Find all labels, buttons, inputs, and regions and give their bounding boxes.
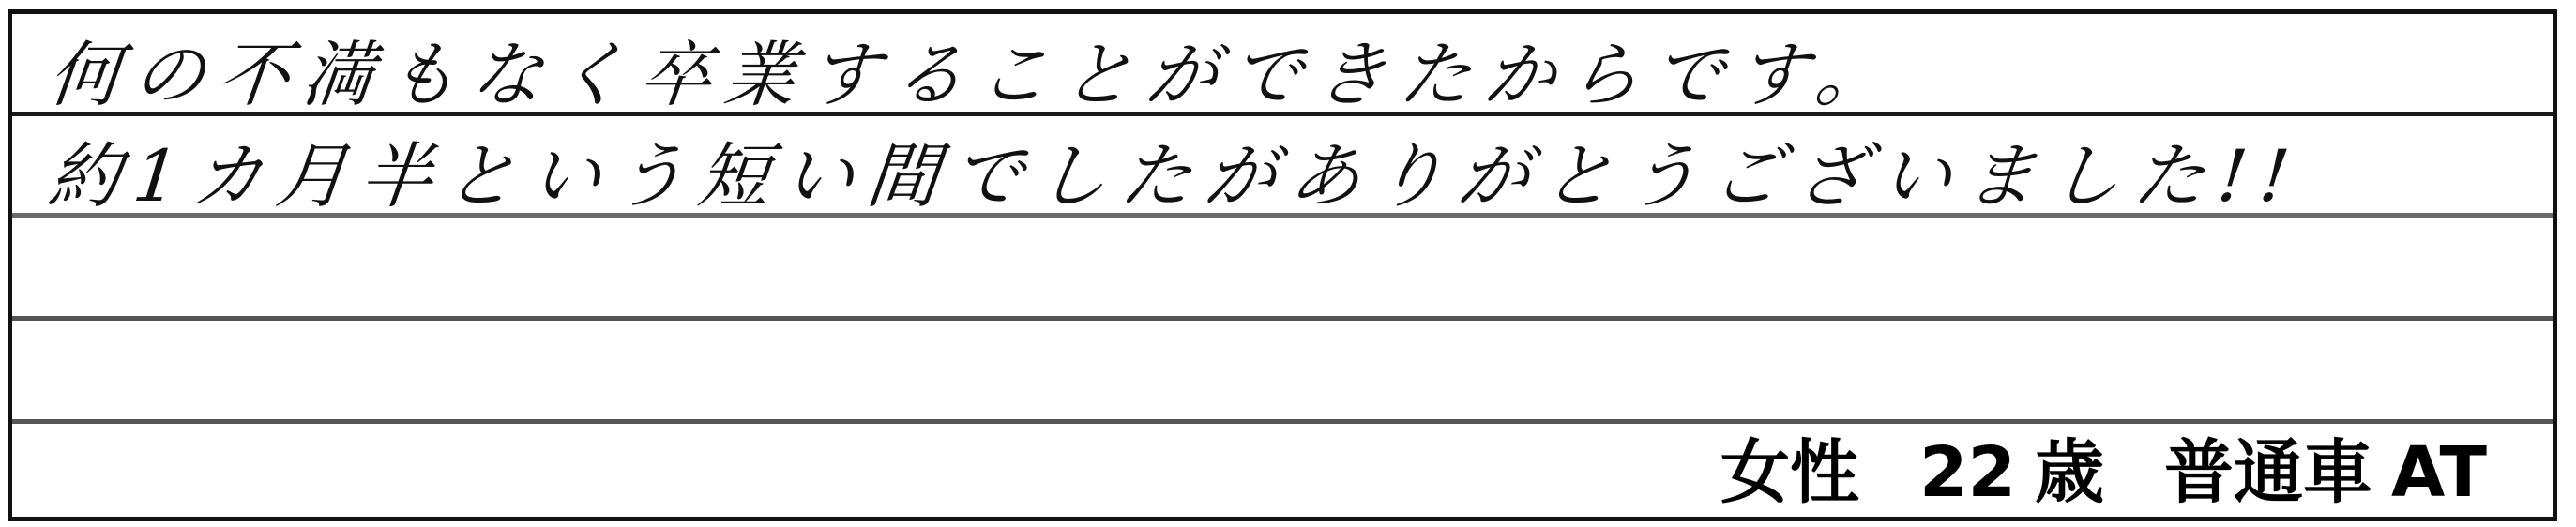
age-unit: 歳 xyxy=(2035,429,2104,517)
ruled-line xyxy=(12,316,2553,321)
customer-info: 女性22歳普通車AT xyxy=(1720,429,2487,517)
handwritten-line-2: 約1カ月半という短い間でしたがありがとうございました!! xyxy=(44,119,2308,221)
ruled-line xyxy=(12,419,2553,424)
handwritten-line-1: 何の不満もなく卒業することができたからです。 xyxy=(44,18,1906,120)
transmission-type: AT xyxy=(2391,429,2487,517)
license-type: 普通車 xyxy=(2164,429,2372,517)
gender-label: 女性 xyxy=(1720,429,1859,517)
age-value: 22 xyxy=(1919,429,2016,517)
feedback-card: 何の不満もなく卒業することができたからです。 約1カ月半という短い間でしたがあり… xyxy=(8,9,2557,521)
